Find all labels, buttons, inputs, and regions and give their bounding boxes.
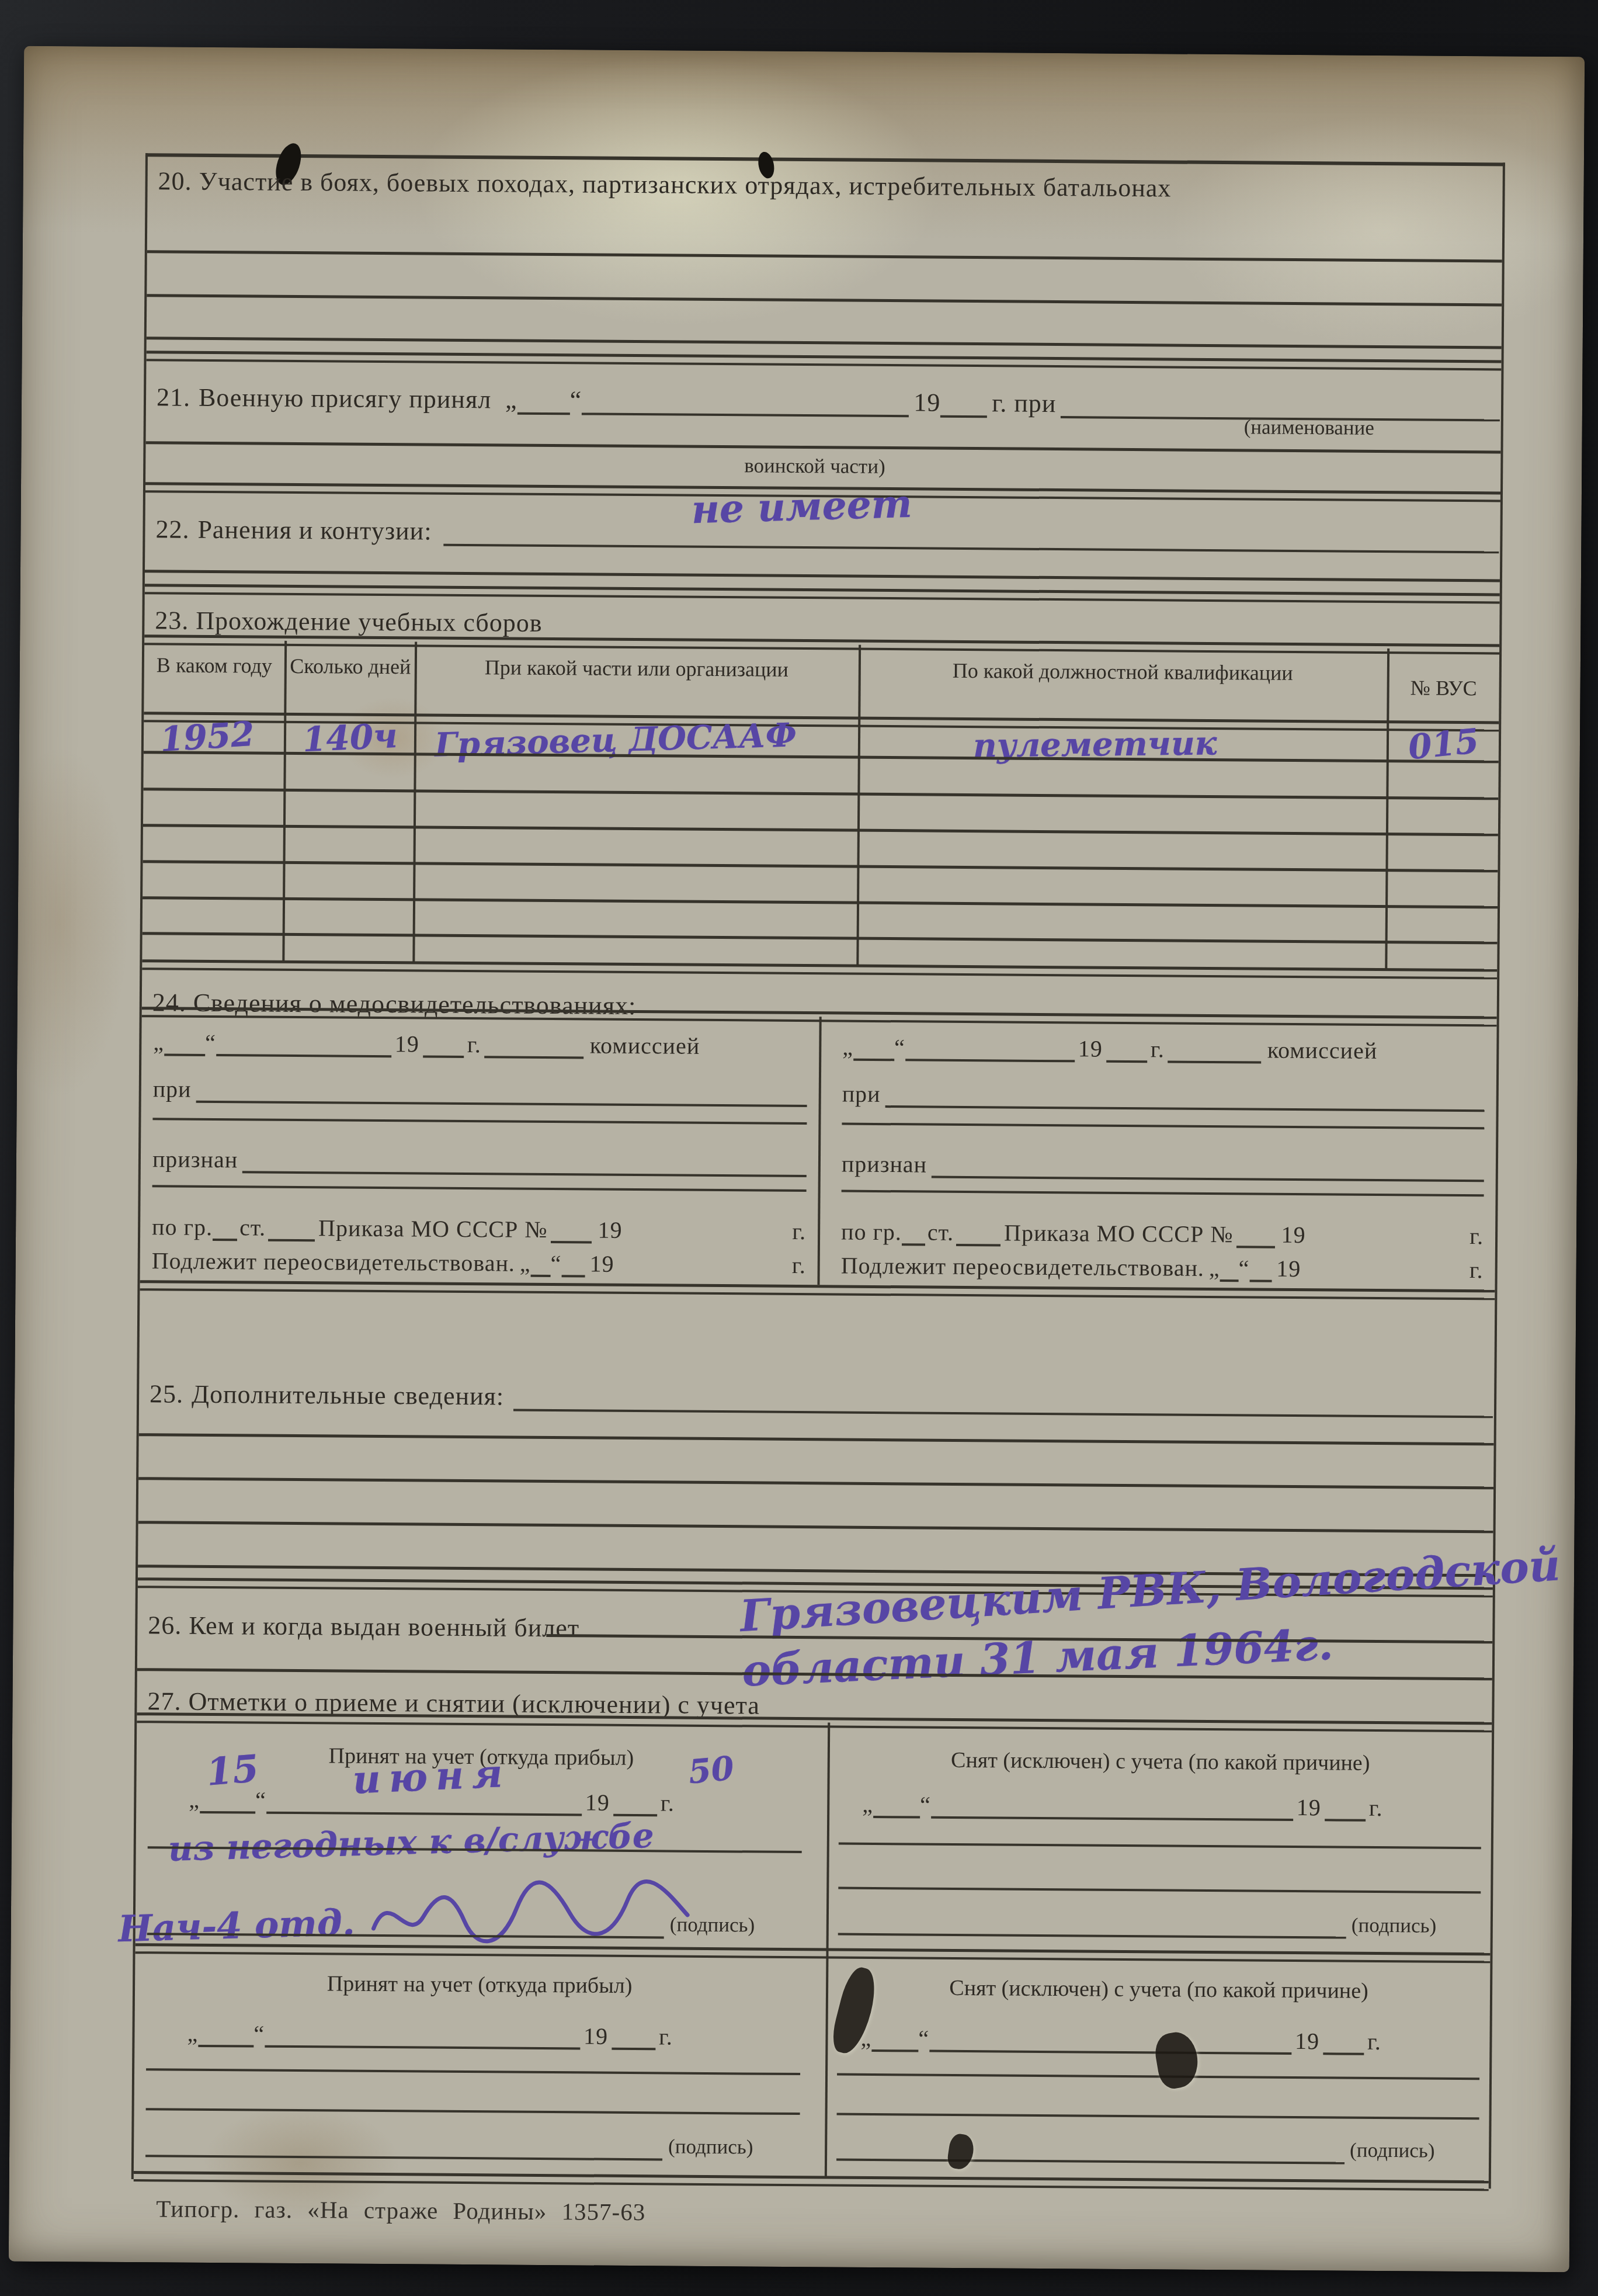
blank-line [147, 250, 1502, 262]
hint-naimenovanie: (наименование [1244, 415, 1374, 440]
g-label: г. [792, 1218, 806, 1245]
blank-line [145, 570, 1500, 582]
section22-line: 22. Ранения и контузии: [155, 514, 1499, 553]
pri-label: при [842, 1080, 881, 1108]
table23-row-line [143, 860, 1498, 872]
signature-line [836, 2159, 1345, 2165]
open-quote: „ [1209, 1254, 1220, 1282]
table23-col3-header: При какой части или организации [426, 654, 847, 684]
blank-line [146, 441, 1501, 453]
table27-top-rule [137, 1712, 1492, 1732]
close-quote: “ [551, 1250, 562, 1277]
close-quote: “ [205, 1029, 216, 1056]
close-quote: “ [570, 385, 582, 415]
commission-blank [1168, 1036, 1262, 1063]
blank-line [147, 294, 1502, 306]
day-blank [871, 2025, 918, 2052]
table23-row-line [143, 788, 1498, 800]
year-19: 19 [583, 2022, 608, 2049]
section21-title: Военную присягу принял [199, 383, 491, 414]
table23-divider [282, 641, 287, 963]
handwriting-issued-by-1: Грязовецким РВК, Вологодской [739, 1540, 1562, 1642]
podpis-label: (подпись) [670, 1913, 755, 1937]
table23-col1-header: В каком году [147, 652, 282, 679]
open-quote: „ [189, 1786, 200, 1813]
close-quote: “ [920, 1791, 931, 1819]
podpis-label: (подпись) [1350, 2139, 1435, 2163]
section25-title: Дополнительные сведения: [192, 1379, 504, 1411]
blank-line [838, 1887, 1481, 1894]
podpis-label: (подпись) [668, 2135, 753, 2159]
open-quote: „ [862, 1791, 873, 1818]
table27-bottom-rule [134, 2171, 1489, 2191]
g-label: г. [1470, 1256, 1484, 1284]
table23-col5-header: № ВУС [1389, 675, 1498, 702]
med-left-priznan-line: признан [152, 1145, 807, 1177]
pogr-label: по гр. [841, 1218, 902, 1246]
close-quote: “ [918, 2024, 929, 2052]
g-label: г. [1470, 1222, 1484, 1250]
gr-blank [213, 1214, 237, 1241]
section27-number: 27. [147, 1687, 181, 1715]
open-quote: „ [187, 2020, 198, 2047]
section25-line: 25. Дополнительные сведения: [150, 1379, 1493, 1418]
year-19: 19 [1078, 1035, 1103, 1062]
prikaz-label: Приказа МО СССР № [1004, 1219, 1234, 1248]
blank-line [139, 1433, 1494, 1445]
section26-heading: 26. Кем и когда выдан военный билет [148, 1610, 579, 1643]
month-blank [216, 1029, 391, 1057]
handwriting-day: 15 [205, 1747, 260, 1795]
open-quote: „ [505, 384, 517, 414]
printer-imprint: Типогр. газ. «На страже Родины» 1357-63 [156, 2194, 645, 2226]
priznan-label: признан [842, 1150, 927, 1178]
podpis-label: (подпись) [1352, 1914, 1437, 1938]
med-right-reexam-line: Подлежит переосвидетельствован. „ “ 19 г… [841, 1252, 1484, 1284]
priznan-blank [932, 1152, 1484, 1182]
g-label: г. [1369, 1794, 1383, 1822]
year-19: 19 [1295, 2027, 1319, 2055]
signature-text: Нач-4 отд. [117, 1901, 355, 1950]
med-left-reexam-line: Подлежит переосвидетельствован. „ “ 19 г… [152, 1247, 806, 1279]
blank-line [842, 1190, 1484, 1197]
accepted-header: Принят на учет (откуда прибыл) [147, 1969, 812, 2001]
year-19: 19 [1281, 1221, 1305, 1248]
section26-number: 26. [148, 1611, 182, 1639]
year-19: 19 [395, 1030, 419, 1057]
month-blank [931, 1792, 1293, 1821]
blank-line [146, 2068, 800, 2075]
removed-header: Снят (исключен) с учета (по какой причин… [838, 1974, 1480, 2006]
year-19: 19 [597, 1216, 622, 1244]
day-blank [531, 1250, 551, 1277]
st-label: ст. [239, 1213, 266, 1241]
g-label: г. [1151, 1035, 1165, 1063]
gr-blank [902, 1219, 925, 1246]
section20-number: 20. [158, 167, 192, 195]
commission-blank [485, 1031, 584, 1059]
section23-number: 23. [155, 606, 189, 634]
year-blank [423, 1031, 464, 1058]
komissiey-label: комиссией [1267, 1036, 1378, 1064]
year-blank [940, 389, 987, 418]
order-no-blank [1236, 1221, 1275, 1248]
g-label: г. [792, 1251, 806, 1279]
med-left-date-line: „ “ 19 г. комиссией [153, 1028, 807, 1060]
pri-label: при [153, 1075, 192, 1102]
open-quote: „ [520, 1250, 531, 1277]
blank-line [152, 1185, 807, 1192]
g-label: г. [659, 2023, 673, 2050]
table23-col4-header: По какой должностной квалификации [870, 657, 1375, 687]
form-frame: 20. Участие в боях, боевых походах, парт… [131, 153, 1505, 2189]
med-left-order-line: по гр. ст. Приказа МО СССР № 19 г. [152, 1213, 806, 1245]
blank-line [837, 2113, 1479, 2120]
blank-line [147, 337, 1502, 349]
table23-col2-header: Сколько дней [289, 653, 412, 680]
pri-blank [196, 1076, 807, 1107]
day-blank [198, 2020, 253, 2048]
day-blank [873, 1791, 920, 1819]
accepted-date-line: „ “ 19 г. [187, 2020, 765, 2051]
g-label: г. [661, 1789, 675, 1816]
pogr-label: по гр. [152, 1213, 213, 1241]
year-19: 19 [1276, 1255, 1301, 1282]
year-19: 19 [589, 1250, 614, 1278]
additional-blank [513, 1382, 1493, 1418]
section20-title: Участие в боях, боевых походах, партизан… [199, 167, 1171, 203]
close-quote: “ [1239, 1254, 1250, 1282]
g-pri: г. при [992, 388, 1057, 418]
year-19: 19 [585, 1788, 610, 1816]
year-blank [613, 1789, 657, 1817]
med-left-pri-line: при [153, 1075, 807, 1107]
podlezhit-label: Подлежит переосвидетельствован. [841, 1252, 1205, 1282]
close-quote: “ [894, 1033, 905, 1061]
blank-line [152, 1118, 807, 1125]
signature-scrawl [366, 1873, 695, 1952]
month-blank [265, 2021, 580, 2050]
st-blank [268, 1215, 315, 1242]
day-blank [853, 1034, 894, 1061]
open-quote: „ [153, 1028, 164, 1056]
close-quote: “ [253, 2020, 265, 2048]
month-blank [582, 386, 909, 417]
prikaz-label: Приказа МО СССР № [318, 1214, 548, 1243]
med-right-priznan-line: признан [842, 1150, 1484, 1182]
open-quote: „ [842, 1033, 853, 1061]
month-blank [561, 1250, 585, 1277]
blank-line [138, 1521, 1493, 1533]
st-label: ст. [927, 1219, 954, 1246]
signature-line [145, 2155, 662, 2160]
med-right-order-line: по гр. ст. Приказа МО СССР № 19 г. [841, 1218, 1484, 1250]
blank-line [837, 2073, 1479, 2080]
blank-line [138, 1477, 1493, 1489]
signature-line [838, 1933, 1346, 1939]
scan-background: { "common": {"y19": "19", "g": "г.", "oq… [0, 0, 1598, 2296]
year-blank [1323, 2028, 1364, 2055]
box24-divider [817, 1017, 821, 1285]
blank-line [146, 2108, 800, 2115]
section26-title: Кем и когда выдан военный билет [189, 1611, 579, 1643]
table23-top-rule [144, 634, 1499, 654]
komissiey-label: комиссией [590, 1032, 700, 1060]
section23-title: Прохождение учебных сборов [196, 606, 543, 637]
section23-heading: 23. Прохождение учебных сборов [155, 605, 543, 638]
paper-damage [946, 2132, 975, 2170]
handwriting-reason: из негодных к в/службе [168, 1816, 655, 1869]
hint-voinskoy-chasti: воинской части) [744, 454, 885, 478]
handwriting-year: 50 [687, 1749, 736, 1791]
day-blank [1220, 1255, 1239, 1282]
priznan-blank [242, 1146, 807, 1177]
table23-row-line [143, 896, 1498, 908]
table23-row-line [143, 932, 1498, 944]
year-19: 19 [913, 387, 940, 417]
med-right-pri-line: при [842, 1080, 1485, 1112]
table23-row-line [143, 824, 1498, 836]
year-blank [612, 2023, 655, 2051]
removed-header: Снят (исключен) с учета (по какой причин… [839, 1746, 1482, 1778]
year-blank [1325, 1794, 1366, 1821]
year-blank [1106, 1036, 1147, 1063]
section22-title: Ранения и контузии: [197, 515, 432, 546]
table23-divider [412, 641, 417, 963]
section21-number: 21. [157, 382, 190, 412]
podlezhit-label: Подлежит переосвидетельствован. [152, 1247, 516, 1277]
year-19: 19 [1297, 1794, 1321, 1821]
wounds-blank [443, 517, 1499, 554]
removed-date-line: „ “ 19 г. [862, 1791, 1470, 1822]
month-blank [929, 2026, 1291, 2055]
double-rule [147, 351, 1502, 370]
day-blank [517, 385, 570, 415]
section25-number: 25. [150, 1379, 183, 1409]
blank-line [839, 1843, 1481, 1850]
st-blank [956, 1219, 1001, 1247]
month-blank [1249, 1255, 1272, 1282]
pri-blank [885, 1081, 1484, 1112]
section22-number: 22. [155, 514, 189, 544]
day-blank [164, 1029, 205, 1056]
handwriting-month: июня [352, 1750, 512, 1803]
blank-line [842, 1123, 1484, 1130]
table23-bottom-rule [142, 959, 1497, 979]
g-label: г. [1367, 2028, 1381, 2055]
priznan-label: признан [152, 1145, 238, 1173]
g-label: г. [467, 1031, 481, 1058]
med-right-date-line: „ “ 19 г. комиссией [842, 1033, 1485, 1066]
order-no-blank [551, 1216, 592, 1243]
document-page: 20. Участие в боях, боевых походах, парт… [9, 46, 1585, 2273]
month-blank [905, 1034, 1075, 1062]
double-rule [145, 584, 1500, 604]
section20-heading: 20. Участие в боях, боевых походах, парт… [158, 166, 1443, 204]
table23-divider [856, 645, 861, 967]
